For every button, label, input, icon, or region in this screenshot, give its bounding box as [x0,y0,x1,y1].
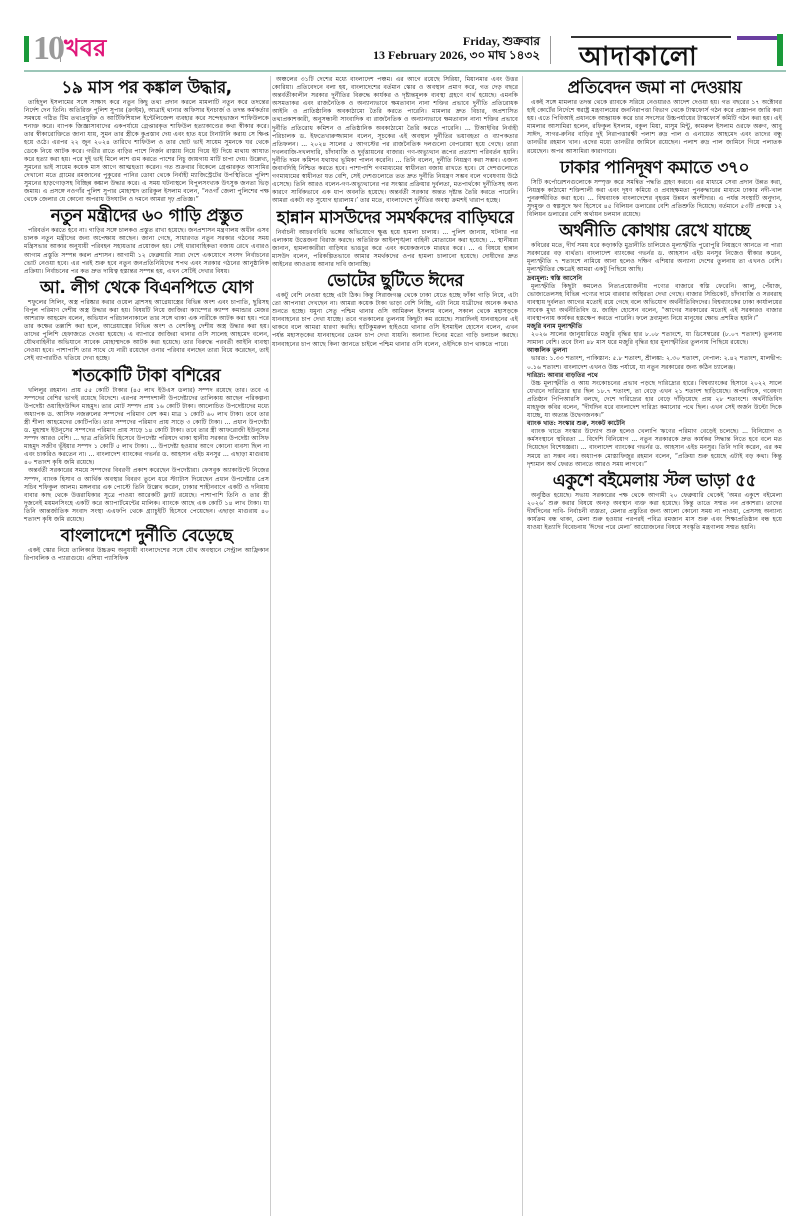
article-hannan-masud: হান্নান মাসউদের সমর্থকদের বাড়িঘরে নির্ব… [272,208,518,269]
day-label: Friday, শুক্রবার [373,34,540,48]
headline: অর্থনীতি কোথায় রেখে যাচ্ছে [527,221,782,241]
article-dhaka-water-pollution: ঢাকার পানিদূষণ কমাতে ৩৭০ সিটি কর্পোরেশনগ… [527,158,782,219]
article-body: ব্যাংক খাতে সংস্কার উদ্যোগ শুরু হলেও খেল… [527,428,782,468]
headline: শতকোটি টাকা বশিরের [24,366,269,386]
article-body: একটু বেশি নেওয়া হচ্ছে এটা ঠিক। কিন্তু স… [272,292,518,349]
article-body: ভারত: ১.৩৩ শতাংশ, পাকিস্তান: ৫.৮ শতাংশ, … [527,355,782,371]
article-body: মূল্যস্ফীতি কিছুটা কমলেও নিত্যপ্রয়োজনীয… [527,283,782,323]
article-body: তাহিদুল ইসলামের সঙ্গে সাক্ষাৎ করে নতুন ক… [24,99,269,204]
page-number-accent-bar [24,36,29,62]
divider [60,36,61,62]
article-vote-eid-holiday: ভোটের ছুটিতে ঈদের একটু বেশি নেওয়া হচ্ছে… [272,271,518,349]
article-report-not-submitted: প্রতিবেদন জমা না দেওয়ায় একই সঙ্গে মামল… [527,78,782,156]
article-skeleton-recovered: ১৯ মাস পর কঙ্কাল উদ্ধার, তাহিদুল ইসলামের… [24,78,269,204]
article-body: ২০২৬ সালের জানুয়ারিতে মজুরি বৃদ্ধির হার… [527,331,782,347]
article-economy: অর্থনীতি কোথায় রেখে যাচ্ছে কবিরের মতে, … [527,221,782,469]
article-book-fair: একুশে বইমেলায় স্টল ভাড়া ৫৫ অনুষ্ঠিত হয… [527,471,782,532]
masthead: 10 খবর Friday, শুক্রবার 13 February 2026… [0,0,792,52]
article-body: শফুলের সিলিং, অস্ত্র পরিষ্কার করার ওয়েল… [24,299,269,364]
article-body: সিটি কর্পোরেশনগুলোকে সম্পৃক্ত করে সমন্বি… [527,179,782,219]
headline: প্রতিবেদন জমা না দেওয়ায় [527,78,782,98]
headline: ঢাকার পানিদূষণ কমাতে ৩৭০ [527,158,782,178]
headline: ১৯ মাস পর কঙ্কাল উদ্ধার, [24,78,269,98]
article-body: উচ্চ মূল্যস্ফীতি ও আয় সংকোচনের প্রভাব প… [527,380,782,420]
column-2: অঞ্চলের ৩১টি দেশের মধ্যে বাংলাদেশ পঞ্চম।… [272,76,518,349]
headline: একুশে বইমেলায় স্টল ভাড়া ৫৫ [527,471,782,491]
article-body: অনুষ্ঠিত হয়েছে। সভায় সরকারের পক্ষ থেকে… [527,492,782,532]
headline: বাংলাদেশে দুর্নীতি বেড়েছে [24,526,269,546]
logo-text: আদাকালো [579,36,698,80]
headline: নতুন মন্ত্রীদের ৬০ গাড়ি প্রস্তুত [24,206,269,226]
article-al-to-bnp: আ. লীগ থেকে বিএনপিতে যোগ শফুলের সিলিং, অ… [24,278,269,364]
article-body: একই সঙ্গে মামলার তদন্ত থেকে র‍্যাবকে সরি… [527,99,782,156]
article-body: একই স্কোর নিয়ে তালিকার উচ্চক্রম অনুযায়… [24,547,269,563]
article-body: অঞ্চলের ৩১টি দেশের মধ্যে বাংলাদেশ পঞ্চম।… [272,76,518,206]
column-3: প্রতিবেদন জমা না দেওয়ায় একই সঙ্গে মামল… [527,76,782,532]
header-rule [24,70,786,72]
headline: আ. লীগ থেকে বিএনপিতে যোগ [24,278,269,298]
subheading: দারিদ্র্য: আবার বাড়তির পথে [527,372,782,380]
article-body: অন্তর্বর্তী সরকারের সময়ে সম্পদের বিবরণী… [24,467,269,524]
date-label: 13 February 2026, ৩০ মাঘ ১৪৩২ [373,48,540,62]
column-divider [270,76,271,1216]
subheading: দ্রব্যমূল্য: স্বস্তি আসেনি [527,275,782,283]
article-body: খলিলুর রহমান। প্রায় ৫৫ কোটি টাকার (৪৫ ল… [24,387,269,468]
page-number: 10 [33,30,63,68]
headline: হান্নান মাসউদের সমর্থকদের বাড়িঘরে [272,208,518,228]
article-corruption-continued: অঞ্চলের ৩১টি দেশের মধ্যে বাংলাদেশ পঞ্চম।… [272,76,518,206]
article-body: নির্বাচনী আচরণবিধি ভঙ্গের অভিযোগে ক্ষুব্… [272,229,518,269]
section-name: খবর [64,30,106,70]
newspaper-logo: আদাকালো [550,36,787,64]
headline: ভোটের ছুটিতে ঈদের [272,271,518,291]
article-minister-cars: নতুন মন্ত্রীদের ৬০ গাড়ি প্রস্তুত পরিবর্… [24,206,269,276]
article-bashir-wealth: শতকোটি টাকা বশিরের খলিলুর রহমান। প্রায় … [24,366,269,525]
article-corruption-increased: বাংলাদেশে দুর্নীতি বেড়েছে একই স্কোর নিয… [24,526,269,563]
article-body: পরিবর্তন করতে হবে না। গাড়ির সঙ্গে চালকও… [24,227,269,276]
dateline: Friday, শুক্রবার 13 February 2026, ৩০ মা… [373,34,540,62]
column-1: ১৯ মাস পর কঙ্কাল উদ্ধার, তাহিদুল ইসলামের… [24,76,269,563]
column-divider [522,76,523,1216]
subheading: মজুরি বনাম মূল্যস্ফীতি [527,323,782,331]
logo-accent-bar [777,34,783,66]
logo-tagline-bar [737,36,777,40]
article-body: কবিরের মতে, দীর্ঘ সময় ধরে কড়াকড়ি মুদ্… [527,242,782,274]
